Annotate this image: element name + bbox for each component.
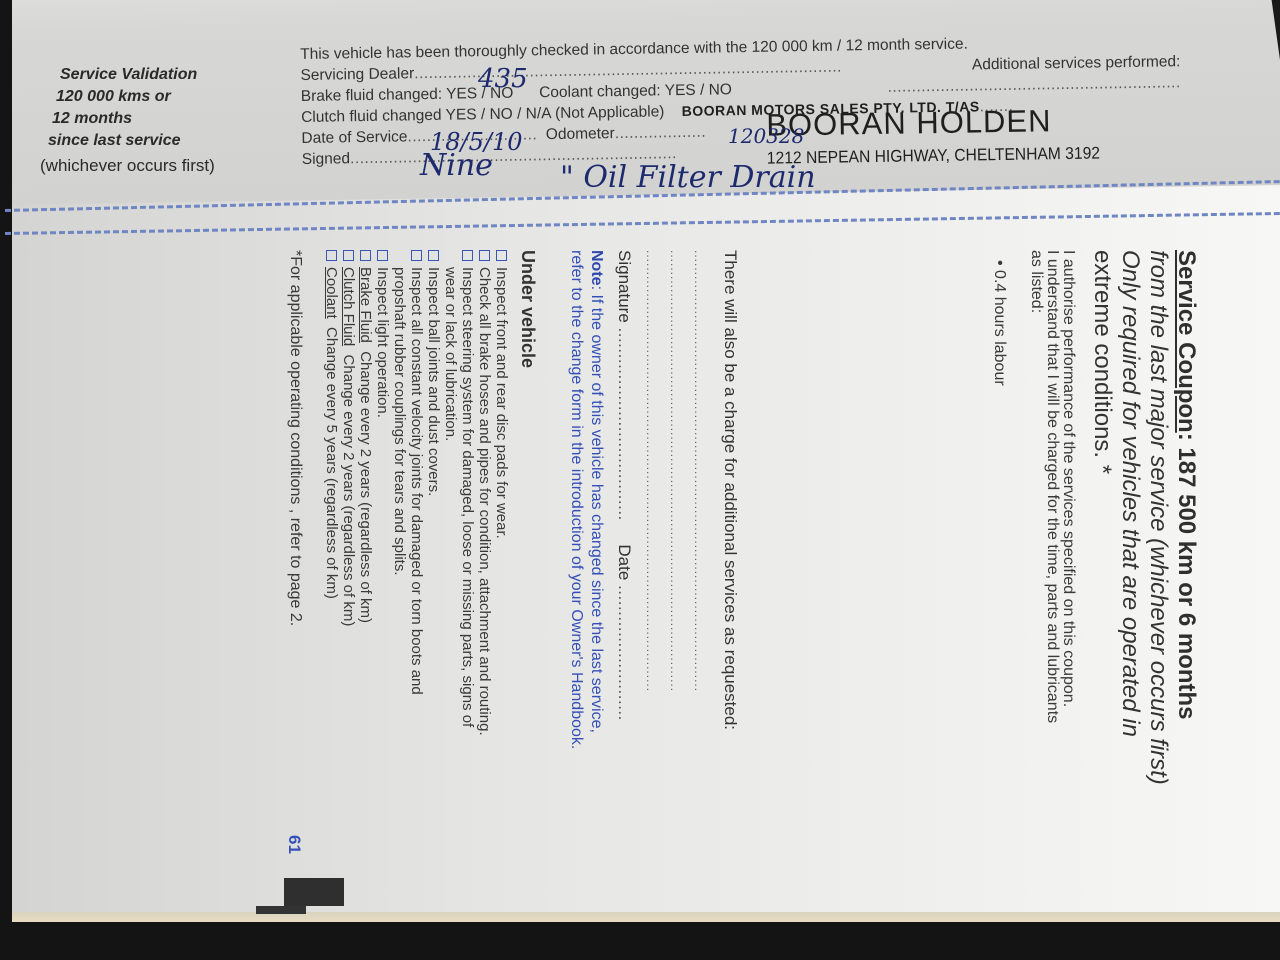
handwritten-odometer: 120328 [728, 124, 804, 148]
checklist-text-cont: propshaft rubber couplings for tears and… [391, 250, 408, 736]
additional-services-line-2[interactable]: ........................................… [668, 250, 682, 690]
checklist-text: Inspect ball joints and dust covers. [425, 267, 442, 496]
authorise-line-3: as listed: [1028, 250, 1044, 723]
checklist-text: Inspect all constant velocity joints for… [408, 267, 425, 695]
coupon-title-prefix: Service Coupon [1173, 250, 1200, 433]
labour-item: • 0.4 hours labour [990, 260, 1008, 386]
signed-label: Signed [302, 150, 351, 168]
odometer-label: Odometer [546, 125, 615, 143]
coupon-subtitle-2: Only required for vehicles that are oper… [1116, 250, 1144, 737]
date-label: Date [615, 544, 634, 580]
date-label: Date of Service [301, 128, 407, 147]
validation-whichever: (whichever occurs first) [40, 155, 280, 177]
fluid-item: Brake Fluid Change every 2 years (regard… [357, 250, 374, 626]
validation-title: Service Validation [40, 64, 280, 86]
checklist-item: Inspect light operation. [374, 250, 391, 736]
validation-km: 120 000 kms or [40, 86, 280, 108]
coupon-title-rest: : 187 500 km or 6 months [1173, 433, 1200, 720]
owner-change-note: Note: If the owner of this vehicle has c… [566, 250, 606, 749]
section-tab-marker-base [256, 906, 306, 914]
checkbox[interactable] [479, 250, 490, 261]
service-validation-label: Service Validation 120 000 kms or 12 mon… [40, 64, 280, 177]
checkbox[interactable] [496, 250, 507, 261]
signature-row: Signature ..............................… [614, 250, 634, 721]
checkbox[interactable] [360, 250, 371, 261]
checklist-item: Inspect all constant velocity joints for… [391, 250, 425, 736]
date-field[interactable]: .......................... [615, 585, 634, 721]
handwritten-signature: Nine [420, 148, 493, 183]
checklist-text-cont: wear or lack of lubrication. [442, 250, 459, 736]
checklist-text: Check all brake hoses and pipes for cond… [476, 267, 493, 736]
fluid-text: Change every 2 years (regardless of km) [340, 355, 357, 627]
checklist-text: Inspect steering system for damaged, loo… [459, 267, 476, 727]
checklist-text: Inspect light operation. [374, 267, 391, 418]
handwritten-dealer-number: 435 [478, 64, 528, 94]
fluid-item: Coolant Change every 5 years (regardless… [323, 250, 340, 626]
page-number: 61 [284, 835, 304, 854]
checklist-item: Inspect ball joints and dust covers. [425, 250, 442, 736]
coolant-label: Coolant changed: YES / NO [539, 81, 732, 101]
note-line-1: : If the owner of this vehicle has chang… [588, 286, 605, 733]
checklist-item: Inspect front and rear disc pads for wea… [493, 250, 510, 736]
checklist-text: Inspect front and rear disc pads for wea… [493, 267, 510, 539]
validation-since: since last service [40, 130, 280, 152]
section-tab-marker [284, 878, 344, 906]
fluid-change-list: Brake Fluid Change every 2 years (regard… [323, 250, 374, 626]
fluid-name: Clutch Fluid [340, 267, 357, 346]
checklist-item: Inspect steering system for damaged, loo… [442, 250, 476, 736]
fluid-name: Coolant [323, 267, 340, 319]
checkbox[interactable] [326, 250, 337, 261]
signature-label: Signature [615, 250, 634, 323]
footnote: *For applicable operating conditions , r… [286, 250, 304, 626]
note-line-2: refer to the change form in the introduc… [566, 250, 586, 749]
checkbox[interactable] [462, 250, 473, 261]
signature-field[interactable]: ..................................... [615, 328, 634, 521]
coupon-title: Service Coupon: 187 500 km or 6 months [1172, 250, 1200, 720]
handwritten-additional-service: " Oil Filter Drain [560, 160, 816, 195]
additional-services-line-1[interactable]: ........................................… [692, 250, 706, 690]
fluid-text: Change every 2 years (regardless of km) [357, 351, 374, 623]
authorise-line-2: I understand that I will be charged for … [1044, 250, 1060, 723]
service-coupon: Service Coupon: 187 500 km or 6 months f… [20, 250, 1200, 890]
checkbox[interactable] [411, 250, 422, 261]
note-label: Note [588, 250, 605, 286]
stamp-name: BOORAN HOLDEN [766, 110, 1051, 135]
coupon-subtitle-1: from the last major service (whichever o… [1144, 250, 1172, 785]
servicing-dealer-label: Servicing Dealer [300, 65, 414, 84]
additional-services-line-3[interactable]: ........................................… [644, 250, 658, 690]
checkbox[interactable] [343, 250, 354, 261]
validation-months: 12 months [40, 108, 280, 130]
authorise-text: I authorise performance of the services … [1028, 250, 1076, 723]
additional-charge-text: There will also be a charge for addition… [720, 250, 740, 730]
authorise-line-1: I authorise performance of the services … [1060, 250, 1076, 723]
coupon-subtitle-3: extreme conditions. * [1088, 250, 1116, 474]
checkbox[interactable] [428, 250, 439, 261]
checklist-item: Check all brake hoses and pipes for cond… [476, 250, 493, 736]
checkbox[interactable] [377, 250, 388, 261]
fluid-text: Change every 5 years (regardless of km) [323, 327, 340, 599]
fluid-name: Brake Fluid [357, 267, 374, 343]
under-vehicle-checklist: Inspect front and rear disc pads for wea… [374, 250, 510, 736]
fluid-item: Clutch Fluid Change every 2 years (regar… [340, 250, 357, 626]
page-edge [12, 912, 1280, 922]
under-vehicle-title: Under vehicle [517, 250, 538, 368]
